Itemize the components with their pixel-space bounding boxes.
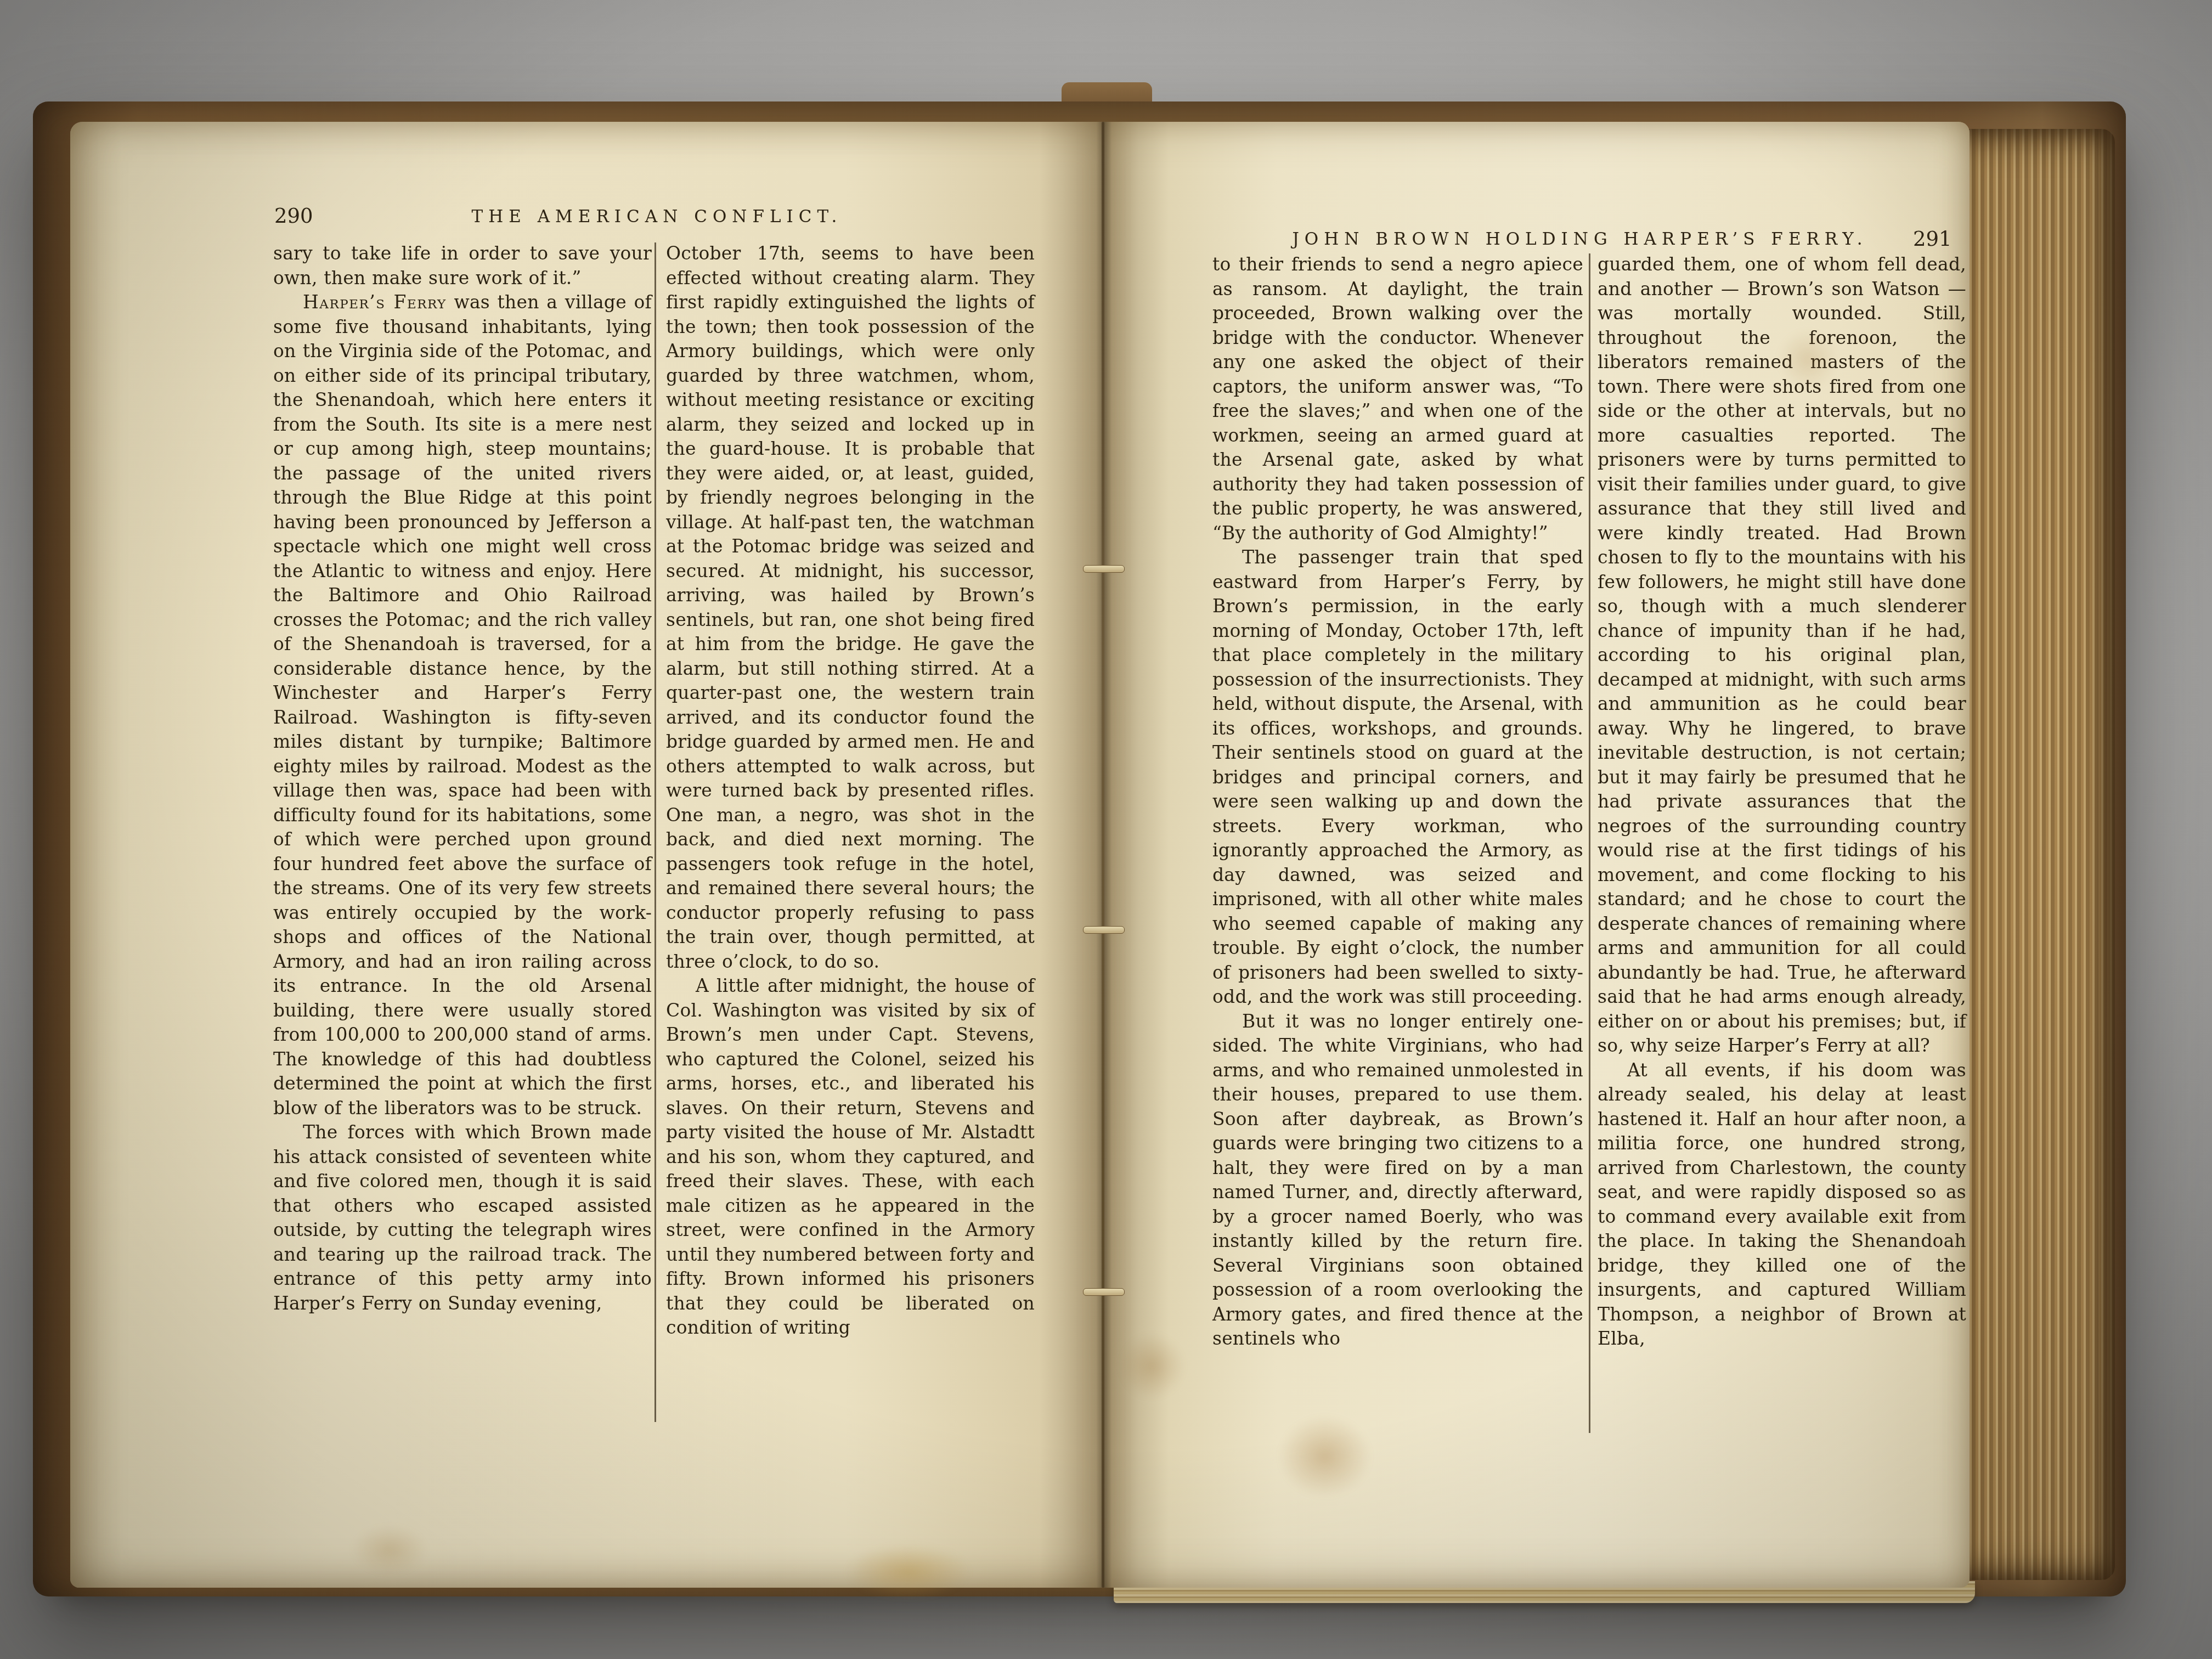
right-running-header: JOHN BROWN HOLDING HARPER’S FERRY. bbox=[1212, 229, 1948, 249]
paragraph: guarded them, one of whom fell dead, and… bbox=[1598, 252, 1966, 1058]
paragraph: Harper’s Ferry was then a village of som… bbox=[273, 290, 652, 1120]
book-photo-scene: 290 THE AMERICAN CONFLICT. JOHN BROWN HO… bbox=[0, 0, 2212, 1659]
right-page-column-1: to their friends to send a negro apiece … bbox=[1212, 252, 1583, 1351]
page-block-fore-edge bbox=[1967, 129, 2115, 1580]
binding-stitch bbox=[1083, 926, 1125, 934]
smallcaps-lead: Harper’s Ferry bbox=[303, 291, 447, 313]
right-page-column-2: guarded them, one of whom fell dead, and… bbox=[1598, 252, 1966, 1351]
gutter-crease bbox=[1102, 122, 1104, 1588]
paragraph: A little after midnight, the house of Co… bbox=[666, 974, 1035, 1340]
paragraph: to their friends to send a negro apiece … bbox=[1212, 252, 1583, 545]
right-page-number: 291 bbox=[1913, 227, 1952, 251]
paragraph: The forces with which Brown made his att… bbox=[273, 1120, 652, 1316]
left-page-column-2: October 17th, seems to have been effecte… bbox=[666, 241, 1035, 1340]
paragraph: The passenger train that sped eastward f… bbox=[1212, 545, 1583, 1009]
paragraph: But it was no longer entirely one-sided.… bbox=[1212, 1009, 1583, 1351]
left-page-column-rule bbox=[654, 242, 656, 1422]
binding-stitch bbox=[1083, 1288, 1125, 1296]
paragraph: October 17th, seems to have been effecte… bbox=[666, 241, 1035, 974]
left-running-header: THE AMERICAN CONFLICT. bbox=[277, 207, 1037, 227]
paragraph: At all events, if his doom was already s… bbox=[1598, 1058, 1966, 1351]
binding-stitch bbox=[1083, 565, 1125, 573]
paragraph: sary to take life in order to save your … bbox=[273, 241, 652, 290]
right-page-column-rule bbox=[1589, 253, 1590, 1433]
left-page-column-1: sary to take life in order to save your … bbox=[273, 241, 652, 1316]
